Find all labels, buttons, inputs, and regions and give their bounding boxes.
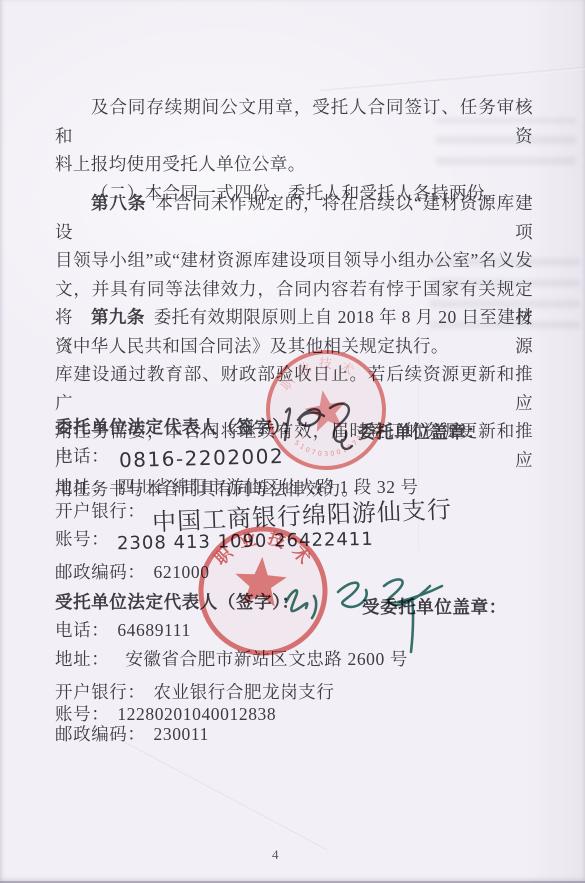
- trustee-zip-line: 邮政编码：230011: [55, 724, 209, 746]
- entrust-rep-line: 委托单位法定代表人（签字）：: [55, 417, 300, 439]
- paragraph-group-article9: 第九条委托有效期限原则上自 2018 年 8 月 20 日至建材资源 库建设通过…: [55, 303, 533, 503]
- trustee-seal-label: 受委托单位盖章：: [362, 594, 507, 619]
- zip-label: 邮政编码：: [55, 724, 146, 744]
- address-label: 地址：: [55, 649, 109, 669]
- bank-label: 开户银行：: [55, 682, 146, 702]
- body-line: 库建设通过教育部、财政部验收日止。若后续资源更新和推广应: [55, 360, 533, 417]
- address-label: 地址：: [55, 477, 109, 497]
- entrust-zip-value: 621000: [154, 562, 210, 582]
- trustee-phone-line: 电话：64689111: [55, 620, 191, 642]
- trustee-address-line: 地址：安徽省合肥市新站区文忠路 2600 号: [55, 649, 408, 671]
- body-text: 及合同存续期间公文用章，受托人合同签订、任务审核和资: [55, 97, 533, 146]
- trustee-rep-label: 受托单位法定代表人（签字）：: [55, 592, 300, 612]
- body-line: 及合同存续期间公文用章，受托人合同签订、任务审核和资: [55, 93, 533, 150]
- body-text: 目领导小组”或“建材资源库建设项目领导小组办公室”名义发: [55, 250, 533, 270]
- account-label: 账号：: [55, 704, 109, 724]
- zip-label: 邮政编码：: [55, 562, 146, 582]
- article-9-label: 第九条: [91, 307, 145, 327]
- entrust-address-value: 四川省绵阳市游仙区仙人路 1 段 32 号: [117, 477, 418, 497]
- entrust-phone-value-handwritten: 0816-2202002: [119, 444, 285, 473]
- entrust-account-value-handwritten: 2308 413 1090 26422411: [117, 529, 374, 556]
- paper-crease: [320, 66, 585, 93]
- entrust-account-line: 账号：2308 413 1090 26422411: [55, 529, 374, 554]
- bank-label: 开户银行：: [55, 501, 146, 521]
- body-line: 料上报均使用受托人单位公章。: [55, 150, 533, 179]
- trustee-bank-value: 农业银行合肥龙岗支行: [154, 682, 335, 702]
- trustee-account-value: 12280201040012838: [117, 704, 276, 724]
- entrust-seal-label: 委托单位盖章：: [358, 419, 485, 444]
- trustee-seal-label-text: 受委托单位盖章：: [362, 597, 507, 617]
- trustee-zip-value: 230011: [154, 724, 209, 744]
- trustee-rep-line: 受托单位法定代表人（签字）：: [55, 592, 300, 614]
- trustee-bank-line: 开户银行：农业银行合肥龙岗支行: [55, 682, 335, 704]
- body-line: 第九条委托有效期限原则上自 2018 年 8 月 20 日至建材资源: [55, 303, 533, 360]
- body-line: 目领导小组”或“建材资源库建设项目领导小组办公室”名义发: [55, 246, 533, 275]
- entrust-seal-label-text: 委托单位盖章：: [358, 422, 485, 442]
- trustee-account-line: 账号：12280201040012838: [55, 704, 276, 726]
- entrust-bank-line: 开户银行：中国工商银行绵阳游仙支行: [55, 501, 452, 531]
- body-line: 第八条本合同未作规定的，将在后续以“建材资源库建设项: [55, 189, 533, 246]
- entrust-rep-label: 委托单位法定代表人（签字）：: [55, 417, 300, 437]
- entrust-phone-line: 电话：0816-2202002: [55, 446, 285, 471]
- entrust-zip-line: 邮政编码：621000: [55, 562, 210, 584]
- body-text: 库建设通过教育部、财政部验收日止。若后续资源更新和推广应: [55, 364, 533, 413]
- phone-label: 电话：: [55, 446, 109, 466]
- entrust-address-line: 地址：四川省绵阳市游仙区仙人路 1 段 32 号: [55, 477, 419, 499]
- article-8-label: 第八条: [91, 193, 146, 213]
- trustee-address-value: 安徽省合肥市新站区文忠路 2600 号: [125, 649, 408, 669]
- trustee-phone-value: 64689111: [117, 620, 191, 640]
- body-text: 料上报均使用受托人单位公章。: [55, 154, 306, 174]
- page-number: 4: [272, 847, 280, 863]
- phone-label: 电话：: [55, 620, 109, 640]
- paper-crease: [123, 741, 327, 852]
- scanned-contract-page: 及合同存续期间公文用章，受托人合同签订、任务审核和资 料上报均使用受托人单位公章…: [0, 0, 585, 883]
- account-label: 账号：: [55, 529, 109, 549]
